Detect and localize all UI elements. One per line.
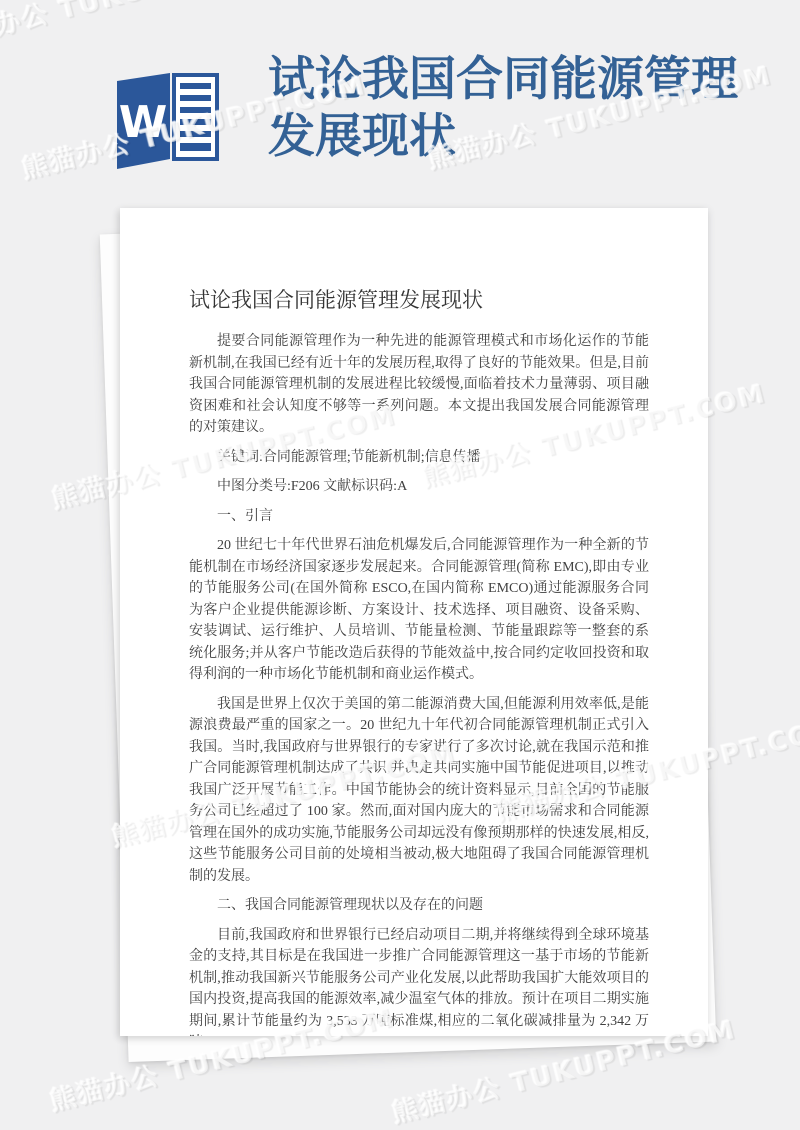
word-icon-letter: W (119, 97, 168, 148)
document-paragraph-classification: 中图分类号:F206 文献标识码:A (189, 476, 649, 498)
site-watermark: 熊猫办公 TUKUPPT.COM (0, 0, 288, 56)
document-heading-2: 二、我国合同能源管理现状以及存在的问题 (189, 895, 649, 917)
page-title: 试论我国合同能源管理发展现状 (268, 52, 740, 166)
document-paragraph: 我国是世界上仅次于美国的第二能源消费大国,但能源利用效率低,是能源浪费最严重的国… (189, 694, 649, 888)
document-preview: 试论我国合同能源管理发展现状 提要合同能源管理作为一种先进的能源管理模式和市场化… (120, 208, 708, 1036)
document-paragraph-abstract: 提要合同能源管理作为一种先进的能源管理模式和市场化运作的节能新机制,在我国已经有… (189, 331, 649, 439)
document-title: 试论我国合同能源管理发展现状 (189, 285, 649, 315)
word-file-icon: W (105, 58, 230, 180)
paper-sheet: 试论我国合同能源管理发展现状 提要合同能源管理作为一种先进的能源管理模式和市场化… (120, 208, 708, 1036)
word-icon-graphic: W (105, 58, 230, 180)
document-paragraph: 目前,我国政府和世界银行已经启动项目二期,并将继续得到全球环境基金的支持,其目标… (189, 925, 649, 1037)
document-paragraph-keywords: 关键词:合同能源管理;节能新机制;信息传播 (189, 447, 649, 469)
header: W 试论我国合同能源管理发展现状 (105, 52, 740, 180)
document-paragraph: 20 世纪七十年代世界石油危机爆发后,合同能源管理作为一种全新的节能机制在市场经… (189, 535, 649, 686)
document-heading-1: 一、引言 (189, 506, 649, 528)
document-preview-page: W 试论我国合同能源管理发展现状 试论我国合同能源管理发展现状 提要合同能源管理… (0, 0, 800, 1130)
